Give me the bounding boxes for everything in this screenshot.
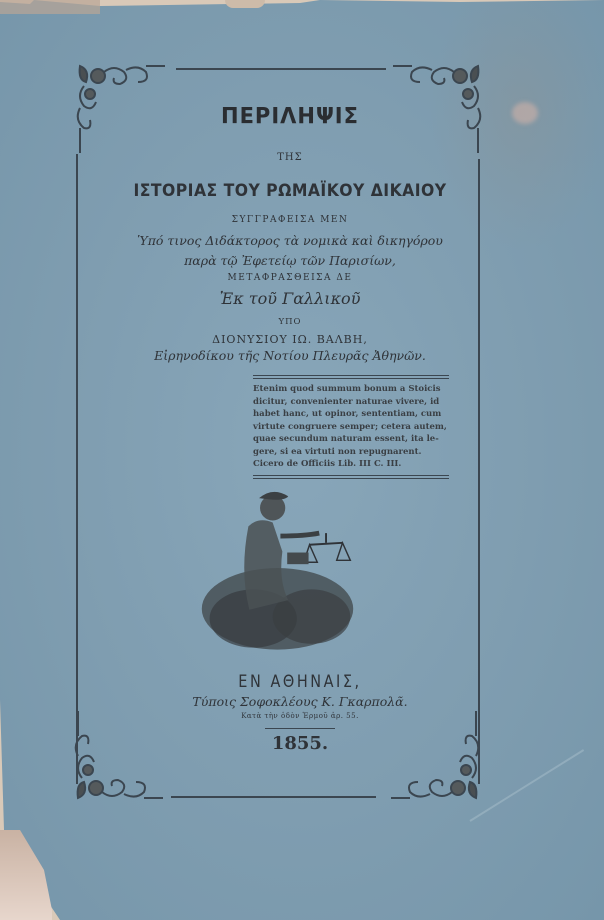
frame-line-left [76, 154, 78, 784]
author-description: Ὑπό τινος Διδάκτορος τὰ νομικὰ καὶ δικηγ… [100, 231, 480, 271]
corner-ornament-bottom-left-icon [68, 711, 163, 806]
publication-year: 1855. [150, 733, 450, 754]
epigraph-citation: Cicero de Officiis Lib. III C. III. [253, 458, 449, 471]
printer-address: Κατὰ τὴν ὁδὸν Ἑρμοῦ ἀρ. 55. [150, 712, 450, 720]
book-title: ΠΕΡΙΛΗΨΙΣ [100, 103, 480, 128]
frame-line-top [176, 68, 386, 70]
author-description-line-2: παρὰ τῷ Ἐφετείῳ τῶν Παρισίων, [184, 253, 396, 268]
frame-line-bottom [171, 796, 376, 798]
stain-spot [512, 102, 538, 124]
torn-edge-top [225, 0, 265, 8]
printer: Τύποις Σοφοκλέους Κ. Γκαρπολᾶ. [150, 694, 450, 709]
epigraph-line: quae secundum naturam essent, ita le- [253, 433, 449, 446]
author-description-line-1: Ὑπό τινος Διδάκτορος τὰ νομικὰ καὶ δικηγ… [137, 233, 443, 248]
title-block: ΠΕΡΙΛΗΨΙΣ ΤΗΣ ΙΣΤΟΡΙΑΣ ΤΟΥ ΡΩΜΑΪΚΟΥ ΔΙΚΑ… [100, 100, 480, 363]
epigraph: Etenim quod summum bonum a Stoicis dicit… [253, 378, 449, 476]
written-label: ΣΥΓΓΡΑΦΕΙΣΑ ΜΕΝ [100, 215, 480, 225]
epigraph-line: virtute congruere semper; cetera autem, [253, 421, 449, 434]
publication-place: ΕΝ ΑΘΗΝΑΙΣ, [173, 672, 428, 692]
epigraph-line: gere, si ea virtuti non repugnarent. [253, 446, 449, 459]
epigraph-line: habet hanc, ut opinor, sententiam, cum [253, 408, 449, 421]
justice-figure-icon [195, 480, 360, 660]
by-label: ΥΠΟ [100, 317, 480, 327]
epigraph-line: Etenim quod summum bonum a Stoicis [253, 383, 449, 396]
translator-title: Εἰρηνοδίκου τῆς Νοτίου Πλευρᾶς Ἀθηνῶν. [100, 348, 480, 363]
source-language: Ἐκ τοῦ Γαλλικοῦ [100, 289, 480, 308]
translator-name: ΔΙΟΝΥΣΙΟΥ ΙΩ. ΒΑΛΒΗ, [100, 333, 480, 346]
divider [265, 728, 335, 729]
torn-edge-top-left [0, 0, 100, 14]
translated-label: ΜΕΤΑΦΡΑΣΘΕΙΣΑ ΔΕ [100, 273, 480, 283]
epigraph-line: dicitur, convenienter naturae vivere, id [253, 396, 449, 409]
imprint-block: ΕΝ ΑΘΗΝΑΙΣ, Τύποις Σοφοκλέους Κ. Γκαρπολ… [150, 672, 450, 754]
book-subtitle: ΙΣΤΟΡΙΑΣ ΤΟΥ ΡΩΜΑΪΚΟΥ ΔΙΚΑΙΟΥ [115, 181, 465, 201]
title-article: ΤΗΣ [100, 152, 480, 163]
